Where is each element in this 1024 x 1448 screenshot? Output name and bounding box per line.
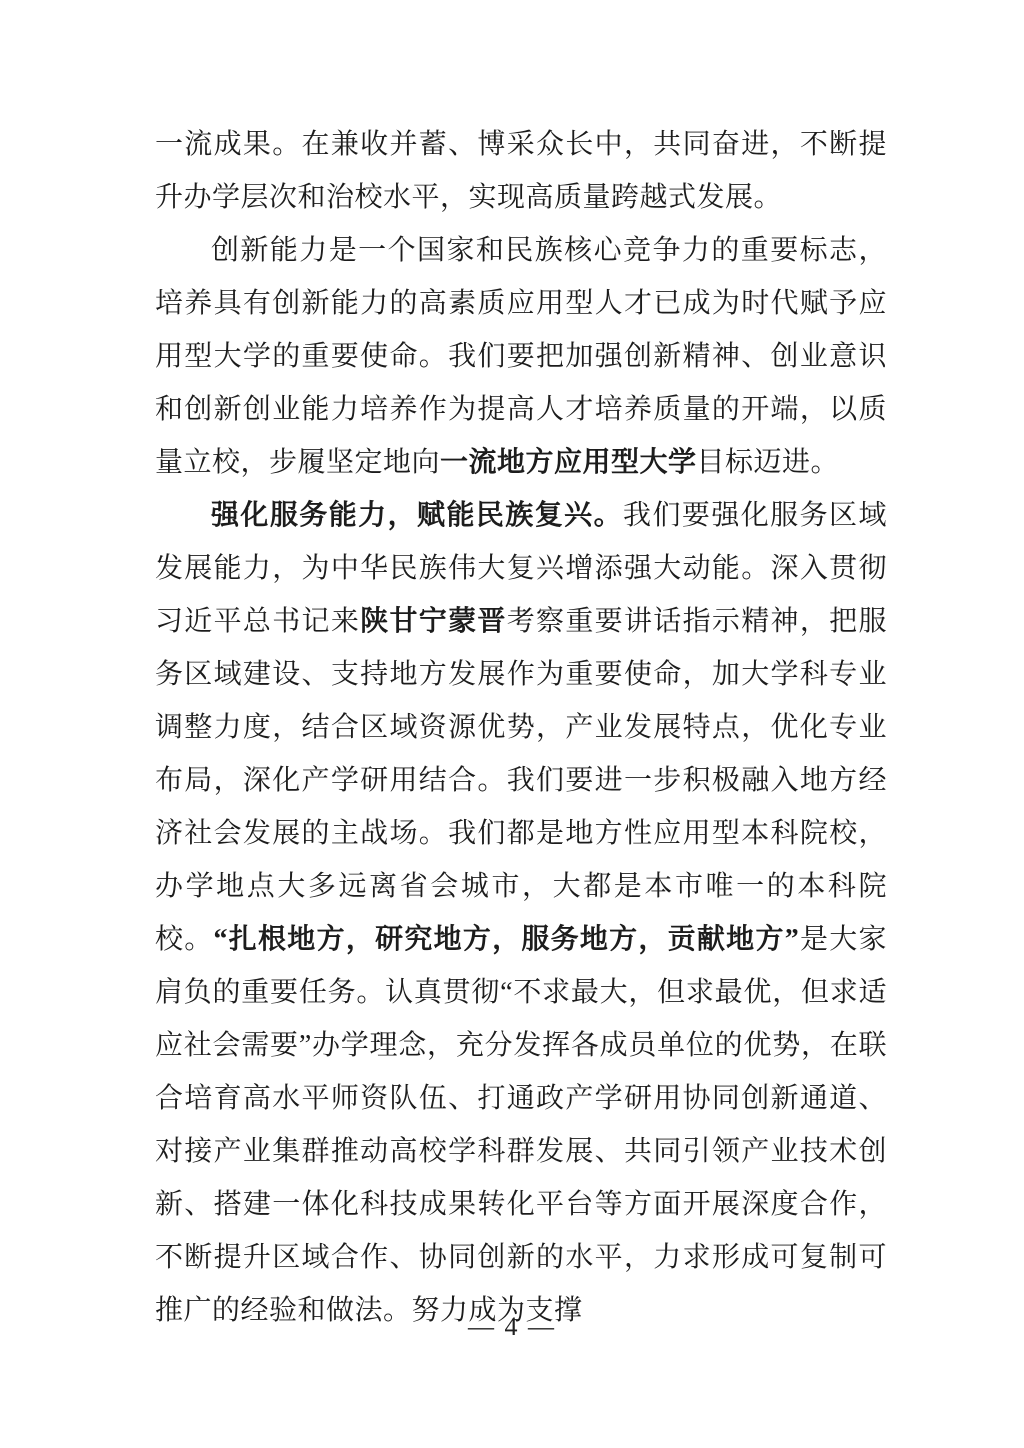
text-run-bold: 陕甘宁蒙晋 [360,606,507,637]
document-page: 一流成果。在兼收并蓄、博采众长中，共同奋进，不断提升办学层次和治校水平，实现高质… [0,0,1024,1448]
text-run-bold: “扎根地方，研究地方，服务地方，贡献地方” [214,924,800,955]
text-run-bold: 强化服务能力，赋能民族复兴。 [211,500,623,531]
text-run: 创新能力是一个国家和民族核心竞争力的重要标志，培养具有创新能力的高素质应用型人才… [155,235,887,478]
text-run: 目标迈进。 [697,447,840,478]
paragraph-service: 强化服务能力，赋能民族复兴。我们要强化服务区域发展能力，为中华民族伟大复兴增添强… [155,489,887,1337]
text-run: 考察重要讲话指示精神，把服务区域建设、支持地方发展作为重要使命，加大学科专业调整… [155,606,887,955]
text-run: 一流成果。在兼收并蓄、博采众长中，共同奋进，不断提升办学层次和治校水平，实现高质… [155,129,887,213]
paragraph-continuation: 一流成果。在兼收并蓄、博采众长中，共同奋进，不断提升办学层次和治校水平，实现高质… [155,118,887,224]
page-number: — 4 — [0,1312,1024,1342]
text-run-bold: 一流地方应用型大学 [440,447,697,478]
paragraph-innovation: 创新能力是一个国家和民族核心竞争力的重要标志，培养具有创新能力的高素质应用型人才… [155,224,887,489]
text-run: 是大家肩负的重要任务。认真贯彻“不求最大，但求最优，但求适应社会需要”办学理念，… [155,924,887,1326]
document-body: 一流成果。在兼收并蓄、博采众长中，共同奋进，不断提升办学层次和治校水平，实现高质… [155,118,887,1337]
